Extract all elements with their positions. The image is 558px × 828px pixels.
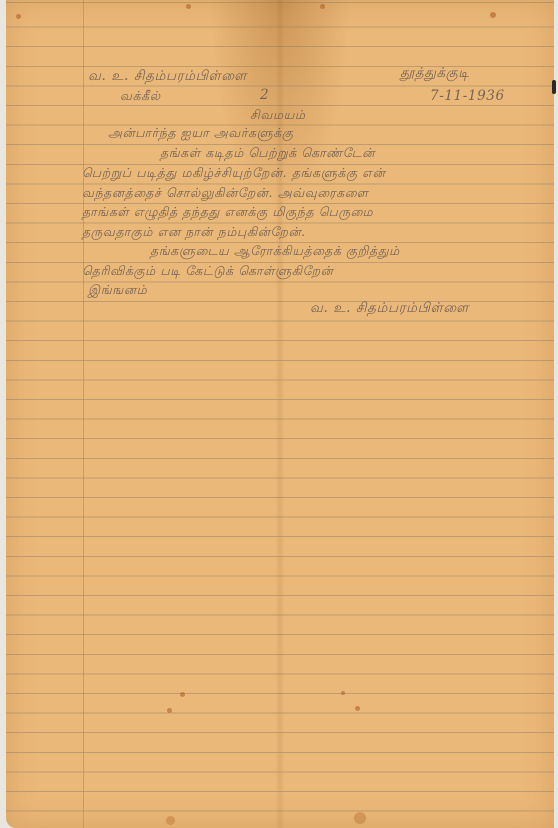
edge-mark bbox=[552, 80, 556, 94]
stain bbox=[16, 14, 21, 19]
body-line: இங்ஙனம் bbox=[88, 282, 147, 299]
stain bbox=[341, 691, 345, 695]
page-number: 2 bbox=[260, 87, 269, 103]
body-line: தெரிவிக்கும் படி கேட்டுக் கொள்ளுகிறேன் bbox=[82, 263, 333, 280]
salutation: அன்பார்ந்த ஐயா அவர்களுக்கு bbox=[108, 125, 294, 142]
stain bbox=[186, 4, 191, 9]
body-line: தருவதாகும் என நான் நம்புகின்றேன். bbox=[82, 224, 306, 241]
sender-name: வ. உ. சிதம்பரம்பிள்ளை bbox=[88, 68, 247, 86]
invocation: சிவமயம் bbox=[250, 107, 306, 124]
stain bbox=[166, 816, 175, 825]
signature: வ. உ. சிதம்பரம்பிள்ளை bbox=[310, 300, 469, 318]
stain bbox=[355, 706, 360, 711]
margin-line bbox=[83, 0, 84, 828]
stain bbox=[167, 708, 172, 713]
date: 7-11-1936 bbox=[430, 88, 505, 104]
body-line: பெற்றுப் படித்து மகிழ்ச்சியுற்றேன். தங்க… bbox=[82, 165, 385, 182]
stain bbox=[320, 4, 325, 9]
body-line: வந்தனத்தைச் சொல்லுகின்றேன். அவ்வுரைகளை bbox=[82, 185, 369, 202]
body-line: தாங்கள் எழுதித் தந்தது எனக்கு மிகுந்த பெ… bbox=[82, 204, 373, 221]
stain bbox=[490, 12, 496, 18]
body-line: தங்களுடைய ஆரோக்கியத்தைக் குறித்தும் bbox=[150, 243, 400, 260]
stain bbox=[180, 692, 185, 697]
sender-title: வக்கீல் bbox=[120, 88, 161, 105]
stain bbox=[354, 812, 366, 824]
body-line: தங்கள் கடிதம் பெற்றுக் கொண்டேன் bbox=[160, 145, 375, 162]
place: தூத்துக்குடி bbox=[400, 65, 470, 83]
